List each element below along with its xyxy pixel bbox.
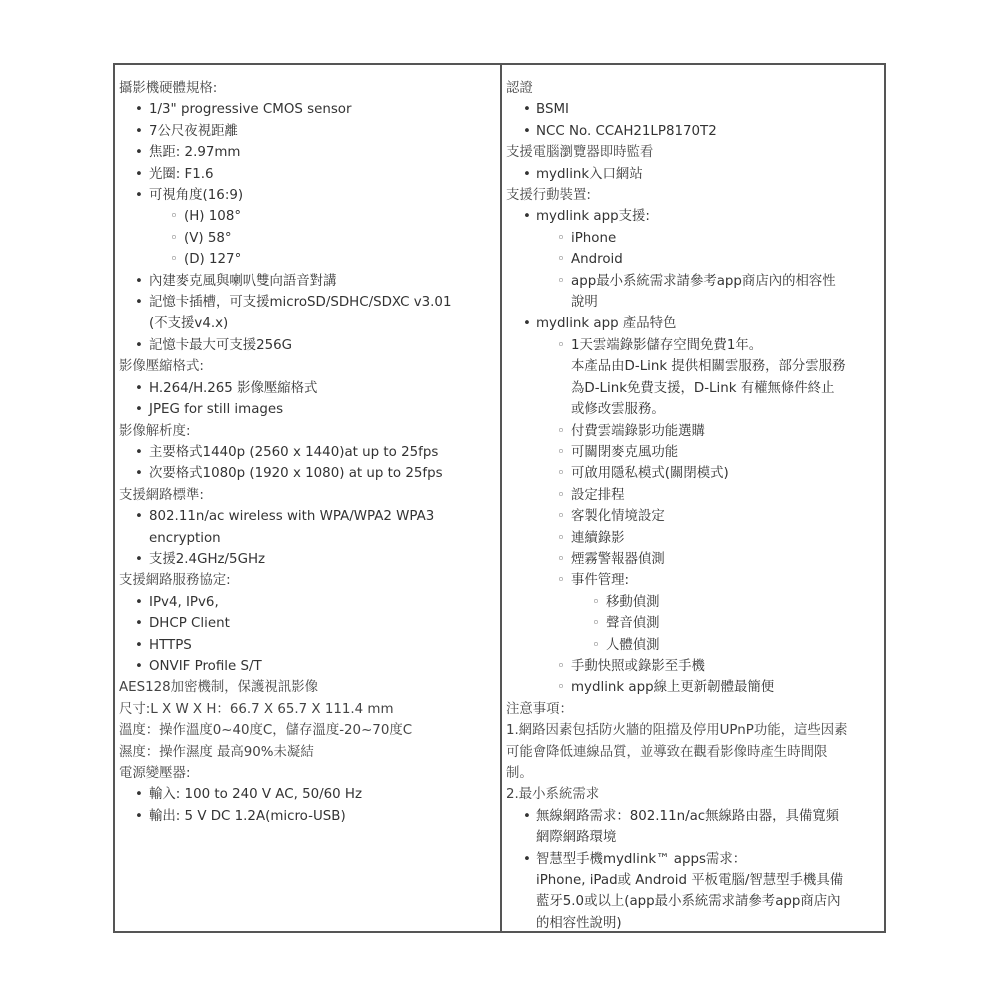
section-heading: 注意事項： bbox=[506, 699, 884, 720]
list-item: 聲音偵測 bbox=[506, 613, 884, 634]
list-item-continuation: 說明 bbox=[506, 292, 884, 313]
list-item: 移動偵測 bbox=[506, 592, 884, 613]
section-heading: 可能會降低連線品質，並導致在觀看影像時產生時間限 bbox=[506, 742, 884, 763]
list-item: 輸入: 100 to 240 V AC, 50/60 Hz bbox=[119, 784, 500, 805]
list-item: iPhone bbox=[506, 228, 884, 249]
list-item: 802.11n/ac wireless with WPA/WPA2 WPA3 bbox=[119, 506, 500, 527]
list-item-continuation: 本產品由D-Link 提供相關雲服務，部分雲服務 bbox=[506, 356, 884, 377]
section-heading: 支援網路標準: bbox=[119, 485, 500, 506]
section-heading: 制。 bbox=[506, 763, 884, 784]
list-item: 記憶卡插槽，可支援microSD/SDHC/SDXC v3.01 bbox=[119, 292, 500, 313]
list-item: H.264/H.265 影像壓縮格式 bbox=[119, 378, 500, 399]
list-item: 可關閉麥克風功能 bbox=[506, 442, 884, 463]
list-item: 支援2.4GHz/5GHz bbox=[119, 549, 500, 570]
list-item-continuation: encryption bbox=[119, 528, 500, 549]
section-heading: 2.最小系統需求 bbox=[506, 784, 884, 805]
section-heading: 溫度：操作溫度0~40度C，儲存溫度-20~70度C bbox=[119, 720, 500, 741]
list-item: 光圈: F1.6 bbox=[119, 164, 500, 185]
list-item: mydlink入口網站 bbox=[506, 164, 884, 185]
section-heading: 影像解析度: bbox=[119, 421, 500, 442]
list-item: (V) 58° bbox=[119, 228, 500, 249]
list-item: (H) 108° bbox=[119, 206, 500, 227]
list-item: Android bbox=[506, 249, 884, 270]
list-item: 內建麥克風與喇叭雙向語音對講 bbox=[119, 271, 500, 292]
list-item-continuation: 藍牙5.0或以上(app最小系統需求請參考app商店內 bbox=[506, 891, 884, 912]
list-item: 設定排程 bbox=[506, 485, 884, 506]
spec-table: 攝影機硬體規格:1/3" progressive CMOS sensor7公尺夜… bbox=[113, 63, 886, 933]
section-heading: 尺寸:L X W X H：66.7 X 65.7 X 111.4 mm bbox=[119, 699, 500, 720]
list-item: 連續錄影 bbox=[506, 528, 884, 549]
list-item: mydlink app 產品特色 bbox=[506, 313, 884, 334]
list-item: 煙霧警報器偵測 bbox=[506, 549, 884, 570]
list-item-continuation: 為D-Link免費支援，D-Link 有權無條件終止 bbox=[506, 378, 884, 399]
list-item: 智慧型手機mydlink™ apps需求： bbox=[506, 849, 884, 870]
list-item: 事件管理: bbox=[506, 570, 884, 591]
list-item: 手動快照或錄影至手機 bbox=[506, 656, 884, 677]
section-heading: 影像壓縮格式: bbox=[119, 356, 500, 377]
list-item: 1/3" progressive CMOS sensor bbox=[119, 99, 500, 120]
section-heading: 電源變壓器: bbox=[119, 763, 500, 784]
section-heading: AES128加密機制，保護視訊影像 bbox=[119, 677, 500, 698]
list-item-continuation: 或修改雲服務。 bbox=[506, 399, 884, 420]
list-item: (D) 127° bbox=[119, 249, 500, 270]
list-item: 7公尺夜視距離 bbox=[119, 121, 500, 142]
list-item: mydlink app支援: bbox=[506, 206, 884, 227]
list-item: 次要格式1080p (1920 x 1080) at up to 25fps bbox=[119, 463, 500, 484]
list-item: mydlink app線上更新韌體最簡便 bbox=[506, 677, 884, 698]
list-item: DHCP Client bbox=[119, 613, 500, 634]
list-item: 客製化情境設定 bbox=[506, 506, 884, 527]
list-item: 可視角度(16:9) bbox=[119, 185, 500, 206]
hardware-spec-column: 攝影機硬體規格:1/3" progressive CMOS sensor7公尺夜… bbox=[115, 65, 502, 931]
list-item: app最小系統需求請參考app商店內的相容性 bbox=[506, 271, 884, 292]
list-item: 人體偵測 bbox=[506, 635, 884, 656]
section-heading: 1.網路因素包括防火牆的阻擋及停用UPnP功能，這些因素 bbox=[506, 720, 884, 741]
list-item: NCC No. CCAH21LP8170T2 bbox=[506, 121, 884, 142]
list-item: JPEG for still images bbox=[119, 399, 500, 420]
section-heading: 攝影機硬體規格: bbox=[119, 78, 500, 99]
section-heading: 認證 bbox=[506, 78, 884, 99]
list-item: 主要格式1440p (2560 x 1440)at up to 25fps bbox=[119, 442, 500, 463]
list-item: 輸出: 5 V DC 1.2A(micro-USB) bbox=[119, 806, 500, 827]
list-item: 無線網路需求：802.11n/ac無線路由器，具備寬頻 bbox=[506, 806, 884, 827]
list-item-continuation: 的相容性說明) bbox=[506, 913, 884, 934]
list-item: 1天雲端錄影儲存空間免費1年。 bbox=[506, 335, 884, 356]
section-heading: 濕度：操作濕度 最高90%未凝結 bbox=[119, 742, 500, 763]
list-item: IPv4, IPv6, bbox=[119, 592, 500, 613]
section-heading: 支援電腦瀏覽器即時監看 bbox=[506, 142, 884, 163]
section-heading: 支援行動裝置: bbox=[506, 185, 884, 206]
list-item: 付費雲端錄影功能選購 bbox=[506, 421, 884, 442]
list-item-continuation: 網際網路環境 bbox=[506, 827, 884, 848]
section-heading: 支援網路服務協定: bbox=[119, 570, 500, 591]
list-item-continuation: iPhone, iPad或 Android 平板電腦/智慧型手機具備 bbox=[506, 870, 884, 891]
list-item: 可啟用隱私模式(關閉模式) bbox=[506, 463, 884, 484]
features-column: 認證BSMINCC No. CCAH21LP8170T2支援電腦瀏覽器即時監看m… bbox=[502, 65, 884, 931]
list-item: ONVIF Profile S/T bbox=[119, 656, 500, 677]
list-item-continuation: (不支援v4.x) bbox=[119, 313, 500, 334]
list-item: HTTPS bbox=[119, 635, 500, 656]
list-item: 焦距: 2.97mm bbox=[119, 142, 500, 163]
list-item: BSMI bbox=[506, 99, 884, 120]
list-item: 記憶卡最大可支援256G bbox=[119, 335, 500, 356]
